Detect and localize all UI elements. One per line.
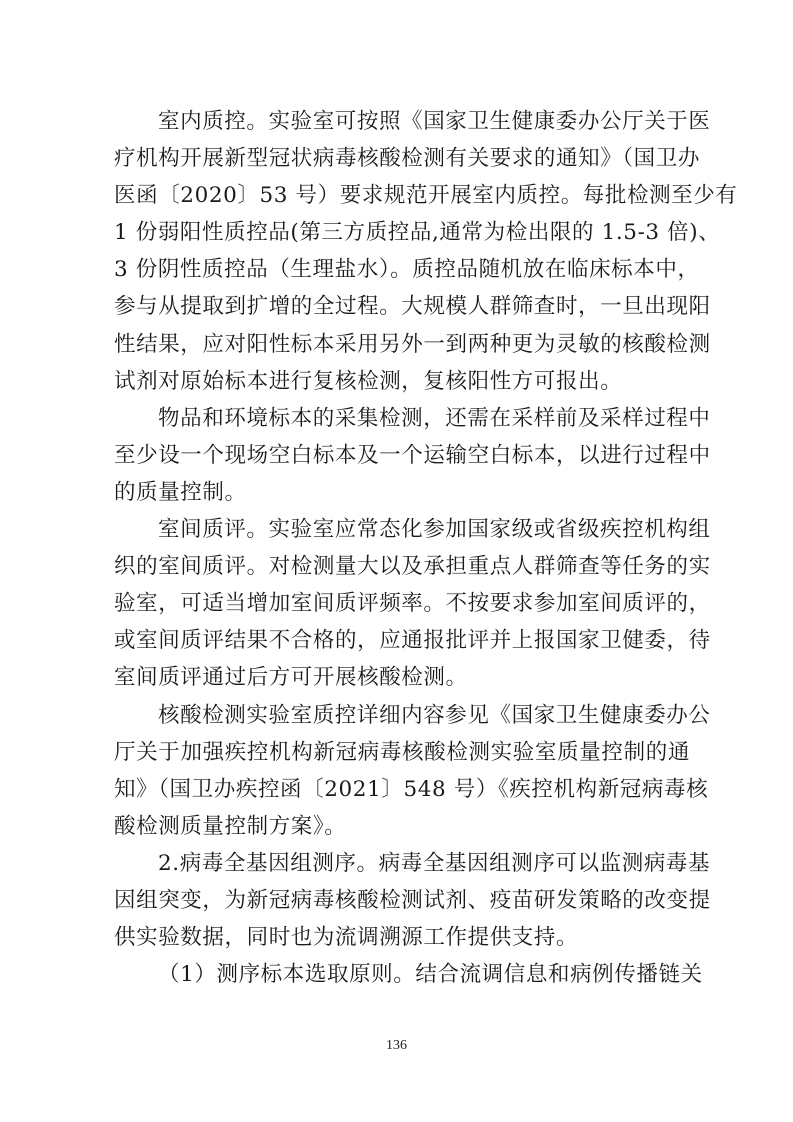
text-line: 验室，可适当增加室间质评频率。不按要求参加室间质评的， xyxy=(114,585,690,622)
text-line: 织的室间质评。对检测量大以及承担重点人群筛查等任务的实 xyxy=(114,548,690,585)
text-line: 室间质评通过后方可开展核酸检测。 xyxy=(114,659,690,696)
text-line: 供实验数据，同时也为流调溯源工作提供支持。 xyxy=(114,919,690,956)
text-line: 1 份弱阳性质控品(第三方质控品,通常为检出限的 1.5-3 倍)、 xyxy=(114,214,690,251)
text-line: 厅关于加强疾控机构新冠病毒核酸检测实验室质量控制的通 xyxy=(114,734,690,771)
text-line: 室间质评。实验室应常态化参加国家级或省级疾控机构组 xyxy=(114,511,690,548)
text-line: 试剂对原始标本进行复核检测，复核阳性方可报出。 xyxy=(114,363,690,400)
paragraph-sample-selection: （1）测序标本选取原则。结合流调信息和病例传播链关 xyxy=(114,956,690,993)
text-line: 至少设一个现场空白标本及一个运输空白标本，以进行过程中 xyxy=(114,437,690,474)
text-line: 疗机构开展新型冠状病毒核酸检测有关要求的通知》（国卫办 xyxy=(114,140,690,177)
text-line: 2.病毒全基因组测序。病毒全基因组测序可以监测病毒基 xyxy=(114,845,690,882)
paragraph-qc-reference: 核酸检测实验室质控详细内容参见《国家卫生健康委办公 厅关于加强疾控机构新冠病毒核… xyxy=(114,697,690,845)
text-line: 物品和环境标本的采集检测，还需在采样前及采样过程中 xyxy=(114,400,690,437)
text-line: （1）测序标本选取原则。结合流调信息和病例传播链关 xyxy=(114,956,690,993)
text-line: 或室间质评结果不合格的，应通报批评并上报国家卫健委，待 xyxy=(114,622,690,659)
text-line: 知》（国卫办疾控函〔2021〕548 号）《疾控机构新冠病毒核 xyxy=(114,771,690,808)
text-line: 因组突变，为新冠病毒核酸检测试剂、疫苗研发策略的改变提 xyxy=(114,882,690,919)
text-line: 的质量控制。 xyxy=(114,474,690,511)
paragraph-internal-qc: 室内质控。实验室可按照《国家卫生健康委办公厅关于医 疗机构开展新型冠状病毒核酸检… xyxy=(114,103,690,400)
paragraph-external-qa: 室间质评。实验室应常态化参加国家级或省级疾控机构组 织的室间质评。对检测量大以及… xyxy=(114,511,690,696)
text-line: 医函〔2020〕53 号）要求规范开展室内质控。每批检测至少有 xyxy=(114,177,690,214)
text-line: 室内质控。实验室可按照《国家卫生健康委办公厅关于医 xyxy=(114,103,690,140)
paragraph-environment-samples: 物品和环境标本的采集检测，还需在采样前及采样过程中 至少设一个现场空白标本及一个… xyxy=(114,400,690,511)
body-text: 室内质控。实验室可按照《国家卫生健康委办公厅关于医 疗机构开展新型冠状病毒核酸检… xyxy=(114,103,690,993)
text-line: 性结果，应对阳性标本采用另外一到两种更为灵敏的核酸检测 xyxy=(114,326,690,363)
text-line: 3 份阴性质控品（生理盐水）。质控品随机放在临床标本中， xyxy=(114,251,690,288)
document-page: 室内质控。实验室可按照《国家卫生健康委办公厅关于医 疗机构开展新型冠状病毒核酸检… xyxy=(0,0,793,1122)
paragraph-genome-sequencing: 2.病毒全基因组测序。病毒全基因组测序可以监测病毒基 因组突变，为新冠病毒核酸检… xyxy=(114,845,690,956)
text-line: 参与从提取到扩增的全过程。大规模人群筛查时，一旦出现阳 xyxy=(114,288,690,325)
text-line: 酸检测质量控制方案》。 xyxy=(114,808,690,845)
page-number: 136 xyxy=(0,1038,793,1054)
text-line: 核酸检测实验室质控详细内容参见《国家卫生健康委办公 xyxy=(114,697,690,734)
